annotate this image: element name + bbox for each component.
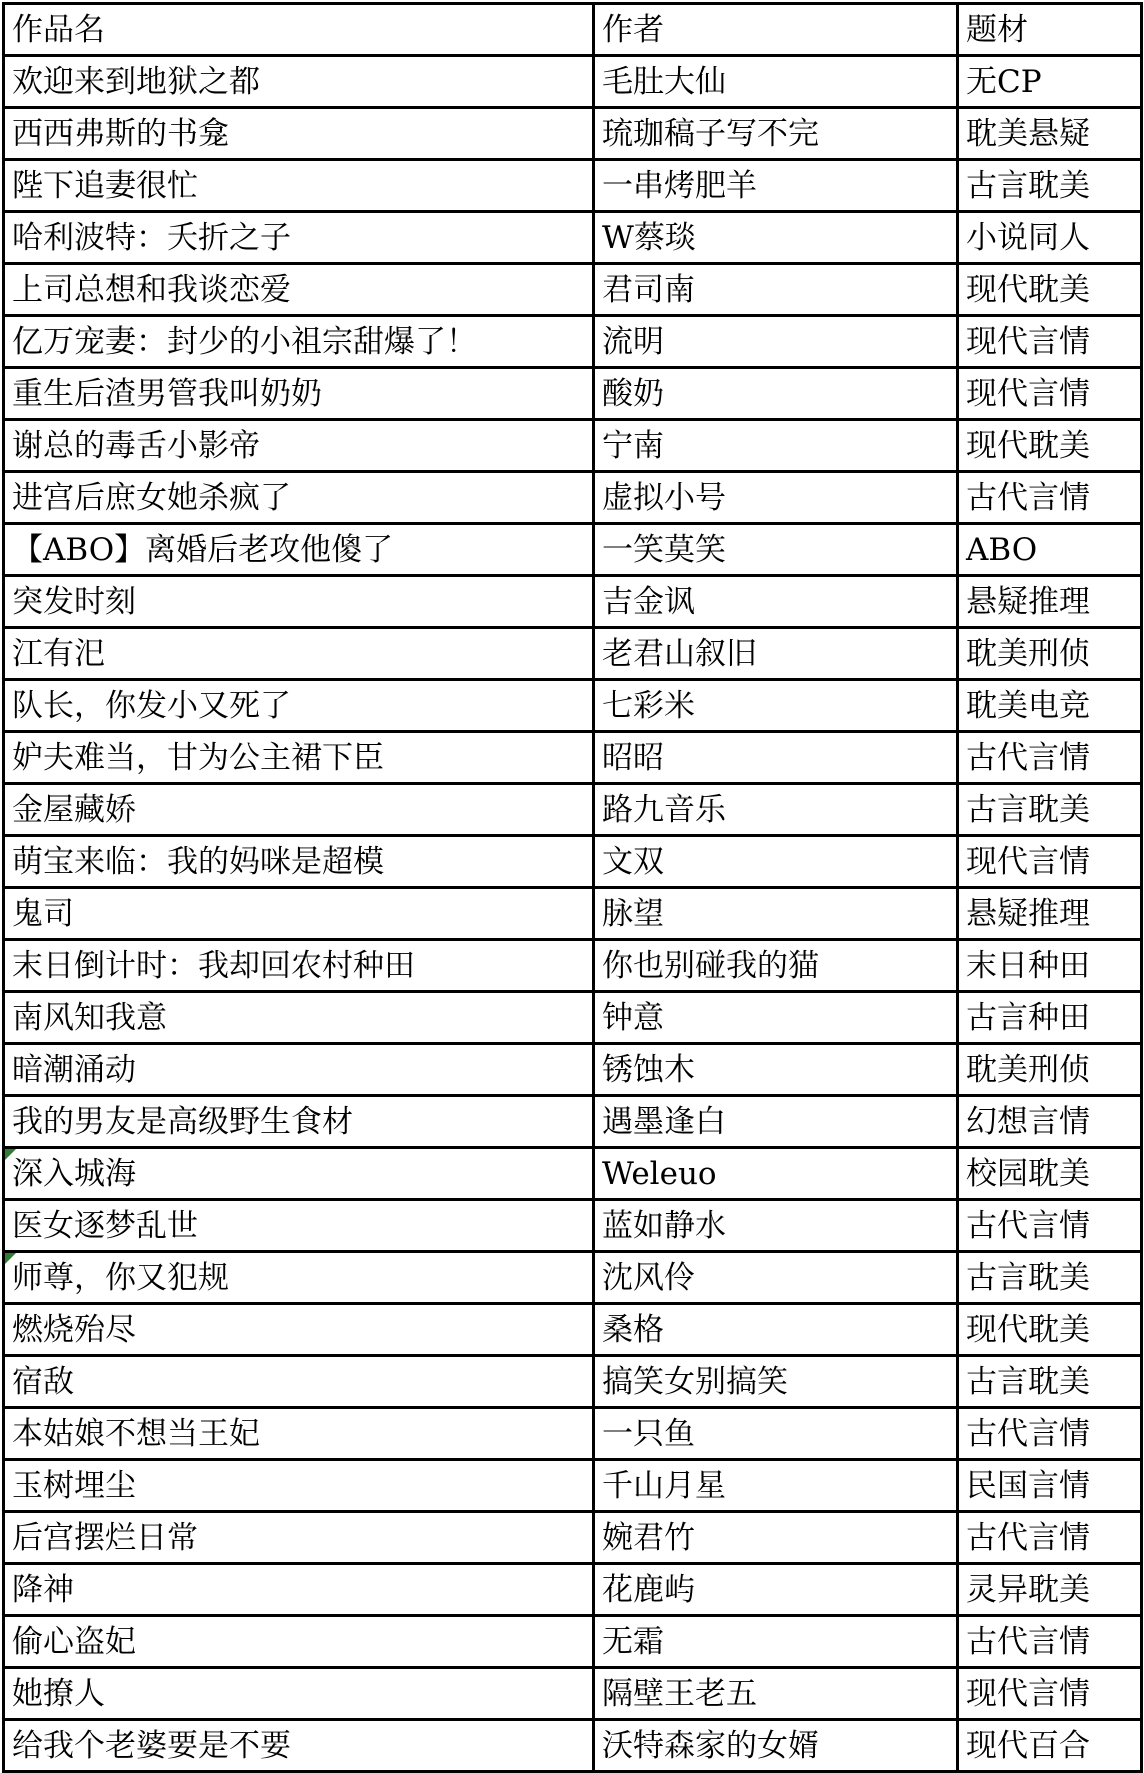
title-text: 队长，你发小又死了 [12, 689, 291, 723]
author-text: 毛肚大仙 [602, 65, 726, 99]
title-text: 突发时刻 [12, 585, 136, 619]
genre-text: 现代言情 [966, 377, 1090, 411]
genre-text: 悬疑推理 [966, 585, 1090, 619]
title-cell[interactable]: 降神 [4, 1564, 594, 1616]
author-text: W蔡琰 [602, 221, 696, 255]
column-header-author-label: 作者 [602, 13, 664, 47]
title-text: 欢迎来到地狱之都 [12, 65, 260, 99]
title-text: 给我个老婆要是不要 [12, 1729, 291, 1763]
title-cell[interactable]: 师尊，你又犯规 [4, 1252, 594, 1304]
genre-text: 古代言情 [966, 1521, 1090, 1555]
title-cell[interactable]: 哈利波特：夭折之子 [4, 212, 594, 264]
title-text: 师尊，你又犯规 [12, 1261, 229, 1295]
genre-cell[interactable]: 耽美悬疑 [958, 108, 1142, 160]
author-cell[interactable]: 桑格 [594, 1304, 958, 1356]
genre-text: 末日种田 [966, 949, 1090, 983]
title-cell[interactable]: 偷心盗妃 [4, 1616, 594, 1668]
genre-text: 古代言情 [966, 1625, 1090, 1659]
title-text: 哈利波特：夭折之子 [12, 221, 291, 255]
genre-cell[interactable]: 古代言情 [958, 732, 1142, 784]
table-row: 突发时刻 吉金讽 悬疑推理 [4, 576, 1142, 628]
author-text: 琉珈稿子写不完 [602, 117, 819, 151]
title-text: 亿万宠妻：封少的小祖宗甜爆了！ [12, 325, 477, 359]
title-cell[interactable]: 末日倒计时：我却回农村种田 [4, 940, 594, 992]
table-row: 亿万宠妻：封少的小祖宗甜爆了！ 流明 现代言情 [4, 316, 1142, 368]
genre-cell[interactable]: 耽美刑侦 [958, 1044, 1142, 1096]
author-cell[interactable]: 君司南 [594, 264, 958, 316]
title-text: 后宫摆烂日常 [12, 1521, 198, 1555]
author-text: Weleuo [602, 1157, 717, 1191]
author-text: 吉金讽 [602, 585, 695, 619]
column-header-title[interactable]: 作品名 [4, 4, 594, 56]
genre-text: 现代言情 [966, 325, 1090, 359]
title-text: 上司总想和我谈恋爱 [12, 273, 291, 307]
author-cell[interactable]: Weleuo [594, 1148, 958, 1200]
title-cell[interactable]: 谢总的毒舌小影帝 [4, 420, 594, 472]
author-cell[interactable]: 宁南 [594, 420, 958, 472]
table-row: 师尊，你又犯规 沈风伶 古言耽美 [4, 1252, 1142, 1304]
title-text: 进宫后庶女她杀疯了 [12, 481, 291, 515]
author-cell[interactable]: 花鹿屿 [594, 1564, 958, 1616]
title-text: 降神 [12, 1573, 74, 1607]
author-cell[interactable]: 一只鱼 [594, 1408, 958, 1460]
genre-cell[interactable]: 灵异耽美 [958, 1564, 1142, 1616]
author-text: 虚拟小号 [602, 481, 726, 515]
title-cell[interactable]: 上司总想和我谈恋爱 [4, 264, 594, 316]
column-header-genre[interactable]: 题材 [958, 4, 1142, 56]
table-row: 暗潮涌动 锈蚀木 耽美刑侦 [4, 1044, 1142, 1096]
author-cell[interactable]: 酸奶 [594, 368, 958, 420]
table-row: 谢总的毒舌小影帝 宁南 现代耽美 [4, 420, 1142, 472]
title-cell[interactable]: 本姑娘不想当王妃 [4, 1408, 594, 1460]
genre-cell[interactable]: 悬疑推理 [958, 576, 1142, 628]
author-cell[interactable]: 蓝如静水 [594, 1200, 958, 1252]
title-text: 暗潮涌动 [12, 1053, 136, 1087]
genre-cell[interactable]: 小说同人 [958, 212, 1142, 264]
author-cell[interactable]: 隔壁王老五 [594, 1668, 958, 1720]
genre-cell[interactable]: 古言耽美 [958, 1252, 1142, 1304]
title-text: 江有汜 [12, 637, 105, 671]
title-text: 重生后渣男管我叫奶奶 [12, 377, 322, 411]
green-corner-marker-icon [5, 1149, 16, 1160]
author-text: 昭昭 [602, 741, 664, 775]
title-cell[interactable]: 西西弗斯的书龛 [4, 108, 594, 160]
table-row: 萌宝来临：我的妈咪是超模 文双 现代言情 [4, 836, 1142, 888]
table-row: 她撩人 隔壁王老五 现代言情 [4, 1668, 1142, 1720]
author-text: 文双 [602, 845, 664, 879]
author-cell[interactable]: 虚拟小号 [594, 472, 958, 524]
genre-cell[interactable]: 古言耽美 [958, 1356, 1142, 1408]
author-cell[interactable]: 搞笑女别搞笑 [594, 1356, 958, 1408]
author-cell[interactable]: 沃特森家的女婿 [594, 1720, 958, 1772]
author-cell[interactable]: 沈风伶 [594, 1252, 958, 1304]
genre-text: 幻想言情 [966, 1105, 1090, 1139]
title-cell[interactable]: 医女逐梦乱世 [4, 1200, 594, 1252]
author-text: 一笑莫笑 [602, 533, 726, 567]
table-row: 南风知我意 钟意 古言种田 [4, 992, 1142, 1044]
author-text: 路九音乐 [602, 793, 726, 827]
table-row: 偷心盗妃 无霜 古代言情 [4, 1616, 1142, 1668]
title-cell[interactable]: 给我个老婆要是不要 [4, 1720, 594, 1772]
genre-text: 耽美刑侦 [966, 1053, 1090, 1087]
genre-cell[interactable]: 古言耽美 [958, 160, 1142, 212]
author-cell[interactable]: 你也别碰我的猫 [594, 940, 958, 992]
title-text: 末日倒计时：我却回农村种田 [12, 949, 415, 983]
table-row: 进宫后庶女她杀疯了 虚拟小号 古代言情 [4, 472, 1142, 524]
title-text: 萌宝来临：我的妈咪是超模 [12, 845, 384, 879]
author-text: 七彩米 [602, 689, 695, 723]
genre-cell[interactable]: 现代耽美 [958, 264, 1142, 316]
title-text: 南风知我意 [12, 1001, 167, 1035]
genre-text: 古代言情 [966, 741, 1090, 775]
table-row: 欢迎来到地狱之都 毛肚大仙 无CP [4, 56, 1142, 108]
author-text: 搞笑女别搞笑 [602, 1365, 788, 1399]
genre-cell[interactable]: 现代言情 [958, 836, 1142, 888]
title-cell[interactable]: 重生后渣男管我叫奶奶 [4, 368, 594, 420]
table-body: 欢迎来到地狱之都 毛肚大仙 无CP 西西弗斯的书龛 琉珈稿子写不完 耽美悬疑 陛… [4, 56, 1142, 1772]
title-text: 医女逐梦乱世 [12, 1209, 198, 1243]
title-cell[interactable]: 暗潮涌动 [4, 1044, 594, 1096]
author-cell[interactable]: 脉望 [594, 888, 958, 940]
genre-text: 现代百合 [966, 1729, 1090, 1763]
title-text: 【ABO】离婚后老攻他傻了 [12, 533, 393, 567]
title-cell[interactable]: 【ABO】离婚后老攻他傻了 [4, 524, 594, 576]
author-text: 婉君竹 [602, 1521, 695, 1555]
genre-text: 耽美电竞 [966, 689, 1090, 723]
genre-text: 古代言情 [966, 1209, 1090, 1243]
genre-text: ABO [966, 533, 1037, 567]
title-cell[interactable]: 妒夫难当，甘为公主裙下臣 [4, 732, 594, 784]
genre-cell[interactable]: 古言种田 [958, 992, 1142, 1044]
title-cell[interactable]: 江有汜 [4, 628, 594, 680]
title-text: 我的男友是高级野生食材 [12, 1105, 353, 1139]
genre-cell[interactable]: 末日种田 [958, 940, 1142, 992]
title-text: 陛下追妻很忙 [12, 169, 198, 203]
works-table: 作品名 作者 题材 欢迎来到地狱之都 毛肚大仙 无CP 西西弗斯的书龛 琉珈稿子… [2, 2, 1143, 1773]
genre-cell[interactable]: 古代言情 [958, 1408, 1142, 1460]
column-header-author[interactable]: 作者 [594, 4, 958, 56]
author-cell[interactable]: 千山月星 [594, 1460, 958, 1512]
genre-text: 现代言情 [966, 845, 1090, 879]
genre-text: 现代耽美 [966, 1313, 1090, 1347]
genre-text: 耽美刑侦 [966, 637, 1090, 671]
table-row: 金屋藏娇 路九音乐 古言耽美 [4, 784, 1142, 836]
author-text: 沃特森家的女婿 [602, 1729, 819, 1763]
genre-text: 无CP [966, 65, 1042, 99]
author-text: 隔壁王老五 [602, 1677, 757, 1711]
genre-cell[interactable]: 耽美刑侦 [958, 628, 1142, 680]
author-cell[interactable]: 锈蚀木 [594, 1044, 958, 1096]
genre-cell[interactable]: 古言耽美 [958, 784, 1142, 836]
title-text: 西西弗斯的书龛 [12, 117, 229, 151]
genre-cell[interactable]: ABO [958, 524, 1142, 576]
title-cell[interactable]: 金屋藏娇 [4, 784, 594, 836]
title-cell[interactable]: 突发时刻 [4, 576, 594, 628]
genre-cell[interactable]: 校园耽美 [958, 1148, 1142, 1200]
title-cell[interactable]: 欢迎来到地狱之都 [4, 56, 594, 108]
table-row: 哈利波特：夭折之子 W蔡琰 小说同人 [4, 212, 1142, 264]
author-cell[interactable]: 无霜 [594, 1616, 958, 1668]
genre-text: 古代言情 [966, 481, 1090, 515]
table-row: 【ABO】离婚后老攻他傻了 一笑莫笑 ABO [4, 524, 1142, 576]
column-header-title-label: 作品名 [12, 13, 105, 47]
genre-cell[interactable]: 古代言情 [958, 472, 1142, 524]
genre-cell[interactable]: 现代言情 [958, 316, 1142, 368]
genre-text: 校园耽美 [966, 1157, 1090, 1191]
genre-cell[interactable]: 幻想言情 [958, 1096, 1142, 1148]
table-row: 医女逐梦乱世 蓝如静水 古代言情 [4, 1200, 1142, 1252]
genre-text: 耽美悬疑 [966, 117, 1090, 151]
genre-text: 灵异耽美 [966, 1573, 1090, 1607]
author-cell[interactable]: 婉君竹 [594, 1512, 958, 1564]
table-row: 本姑娘不想当王妃 一只鱼 古代言情 [4, 1408, 1142, 1460]
table-row: 末日倒计时：我却回农村种田 你也别碰我的猫 末日种田 [4, 940, 1142, 992]
header-row: 作品名 作者 题材 [4, 4, 1142, 56]
title-text: 谢总的毒舌小影帝 [12, 429, 260, 463]
author-text: 遇墨逢白 [602, 1105, 726, 1139]
genre-cell[interactable]: 古代言情 [958, 1512, 1142, 1564]
author-text: 酸奶 [602, 377, 664, 411]
column-header-genre-label: 题材 [966, 13, 1028, 47]
title-cell[interactable]: 深入城海 [4, 1148, 594, 1200]
title-cell[interactable]: 后宫摆烂日常 [4, 1512, 594, 1564]
table-row: 西西弗斯的书龛 琉珈稿子写不完 耽美悬疑 [4, 108, 1142, 160]
author-text: 花鹿屿 [602, 1573, 695, 1607]
author-cell[interactable]: 琉珈稿子写不完 [594, 108, 958, 160]
genre-text: 古代言情 [966, 1417, 1090, 1451]
title-cell[interactable]: 陛下追妻很忙 [4, 160, 594, 212]
table-row: 后宫摆烂日常 婉君竹 古代言情 [4, 1512, 1142, 1564]
author-cell[interactable]: 文双 [594, 836, 958, 888]
title-text: 本姑娘不想当王妃 [12, 1417, 260, 1451]
table-row: 上司总想和我谈恋爱 君司南 现代耽美 [4, 264, 1142, 316]
genre-cell[interactable]: 现代百合 [958, 1720, 1142, 1772]
table-row: 妒夫难当，甘为公主裙下臣 昭昭 古代言情 [4, 732, 1142, 784]
title-text: 金屋藏娇 [12, 793, 136, 827]
author-cell[interactable]: W蔡琰 [594, 212, 958, 264]
author-text: 无霜 [602, 1625, 664, 1659]
title-cell[interactable]: 宿敌 [4, 1356, 594, 1408]
genre-cell[interactable]: 耽美电竞 [958, 680, 1142, 732]
author-text: 宁南 [602, 429, 664, 463]
author-text: 桑格 [602, 1313, 664, 1347]
table-row: 给我个老婆要是不要 沃特森家的女婿 现代百合 [4, 1720, 1142, 1772]
author-cell[interactable]: 路九音乐 [594, 784, 958, 836]
author-text: 一串烤肥羊 [602, 169, 757, 203]
author-cell[interactable]: 七彩米 [594, 680, 958, 732]
title-cell[interactable]: 队长，你发小又死了 [4, 680, 594, 732]
author-cell[interactable]: 遇墨逢白 [594, 1096, 958, 1148]
title-text: 鬼司 [12, 897, 74, 931]
author-text: 你也别碰我的猫 [602, 949, 819, 983]
title-text: 她撩人 [12, 1677, 105, 1711]
table-row: 陛下追妻很忙 一串烤肥羊 古言耽美 [4, 160, 1142, 212]
title-text: 深入城海 [12, 1157, 136, 1191]
table-row: 江有汜 老君山叙旧 耽美刑侦 [4, 628, 1142, 680]
table-row: 降神 花鹿屿 灵异耽美 [4, 1564, 1142, 1616]
title-text: 燃烧殆尽 [12, 1313, 136, 1347]
table-row: 队长，你发小又死了 七彩米 耽美电竞 [4, 680, 1142, 732]
author-cell[interactable]: 老君山叙旧 [594, 628, 958, 680]
title-cell[interactable]: 鬼司 [4, 888, 594, 940]
genre-text: 现代耽美 [966, 273, 1090, 307]
author-text: 流明 [602, 325, 664, 359]
genre-text: 古言耽美 [966, 1261, 1090, 1295]
genre-text: 悬疑推理 [966, 897, 1090, 931]
author-text: 老君山叙旧 [602, 637, 757, 671]
author-cell[interactable]: 流明 [594, 316, 958, 368]
author-cell[interactable]: 钟意 [594, 992, 958, 1044]
author-text: 钟意 [602, 1001, 664, 1035]
title-text: 宿敌 [12, 1365, 74, 1399]
author-cell[interactable]: 一串烤肥羊 [594, 160, 958, 212]
author-text: 沈风伶 [602, 1261, 695, 1295]
table-row: 鬼司 脉望 悬疑推理 [4, 888, 1142, 940]
title-cell[interactable]: 亿万宠妻：封少的小祖宗甜爆了！ [4, 316, 594, 368]
genre-cell[interactable]: 古代言情 [958, 1616, 1142, 1668]
title-cell[interactable]: 我的男友是高级野生食材 [4, 1096, 594, 1148]
author-text: 千山月星 [602, 1469, 726, 1503]
genre-cell[interactable]: 现代言情 [958, 1668, 1142, 1720]
genre-cell[interactable]: 无CP [958, 56, 1142, 108]
author-cell[interactable]: 吉金讽 [594, 576, 958, 628]
genre-text: 古言耽美 [966, 1365, 1090, 1399]
author-text: 锈蚀木 [602, 1053, 695, 1087]
genre-text: 古言耽美 [966, 793, 1090, 827]
table-row: 深入城海 Weleuo 校园耽美 [4, 1148, 1142, 1200]
genre-text: 现代耽美 [966, 429, 1090, 463]
title-cell[interactable]: 进宫后庶女她杀疯了 [4, 472, 594, 524]
author-cell[interactable]: 昭昭 [594, 732, 958, 784]
table-row: 重生后渣男管我叫奶奶 酸奶 现代言情 [4, 368, 1142, 420]
author-text: 君司南 [602, 273, 695, 307]
table-row: 玉树埋尘 千山月星 民国言情 [4, 1460, 1142, 1512]
title-cell[interactable]: 玉树埋尘 [4, 1460, 594, 1512]
author-cell[interactable]: 一笑莫笑 [594, 524, 958, 576]
title-cell[interactable]: 燃烧殆尽 [4, 1304, 594, 1356]
genre-text: 古言种田 [966, 1001, 1090, 1035]
table-row: 宿敌 搞笑女别搞笑 古言耽美 [4, 1356, 1142, 1408]
genre-cell[interactable]: 现代言情 [958, 368, 1142, 420]
genre-text: 现代言情 [966, 1677, 1090, 1711]
title-cell[interactable]: 她撩人 [4, 1668, 594, 1720]
green-corner-marker-icon [5, 1253, 16, 1264]
genre-cell[interactable]: 悬疑推理 [958, 888, 1142, 940]
table-row: 燃烧殆尽 桑格 现代耽美 [4, 1304, 1142, 1356]
author-cell[interactable]: 毛肚大仙 [594, 56, 958, 108]
genre-text: 小说同人 [966, 221, 1090, 255]
author-text: 脉望 [602, 897, 664, 931]
genre-cell[interactable]: 现代耽美 [958, 1304, 1142, 1356]
genre-cell[interactable]: 民国言情 [958, 1460, 1142, 1512]
genre-cell[interactable]: 古代言情 [958, 1200, 1142, 1252]
genre-text: 民国言情 [966, 1469, 1090, 1503]
title-cell[interactable]: 南风知我意 [4, 992, 594, 1044]
title-text: 偷心盗妃 [12, 1625, 136, 1659]
author-text: 蓝如静水 [602, 1209, 726, 1243]
table-row: 我的男友是高级野生食材 遇墨逢白 幻想言情 [4, 1096, 1142, 1148]
title-text: 妒夫难当，甘为公主裙下臣 [12, 741, 384, 775]
author-text: 一只鱼 [602, 1417, 695, 1451]
title-text: 玉树埋尘 [12, 1469, 136, 1503]
genre-cell[interactable]: 现代耽美 [958, 420, 1142, 472]
title-cell[interactable]: 萌宝来临：我的妈咪是超模 [4, 836, 594, 888]
genre-text: 古言耽美 [966, 169, 1090, 203]
